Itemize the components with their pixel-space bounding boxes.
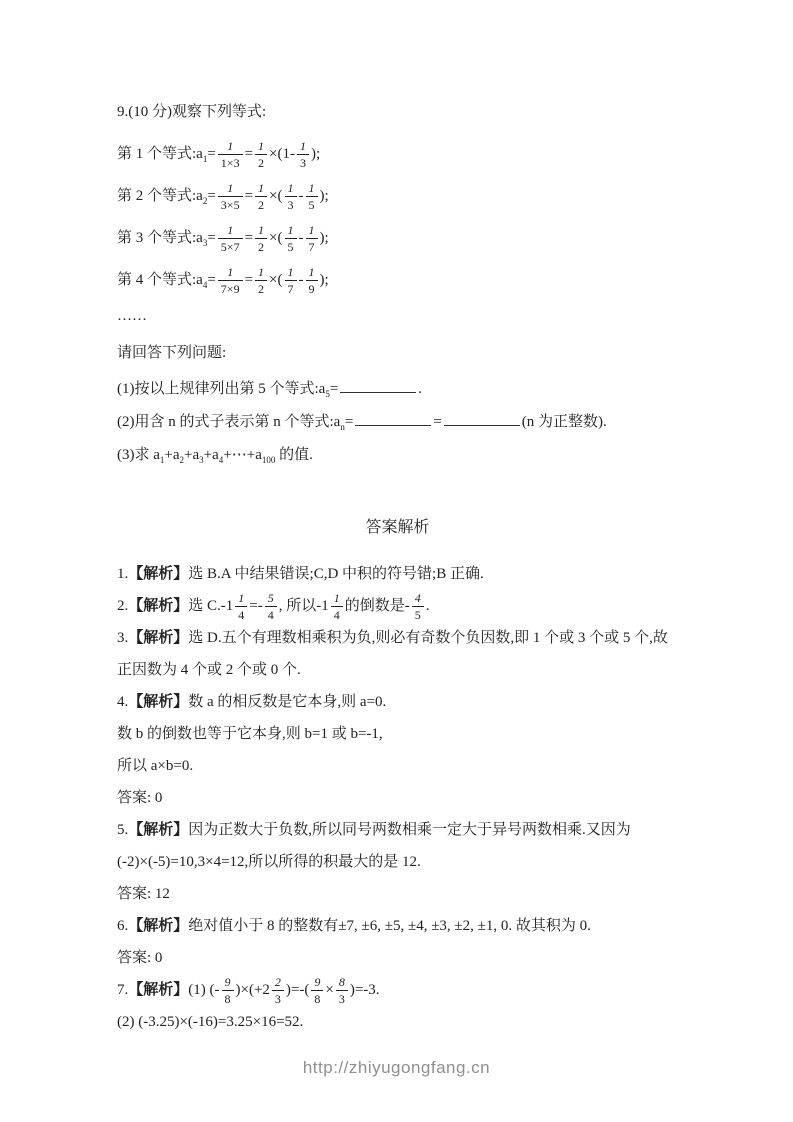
fraction-numerator: 1 (224, 223, 236, 238)
subquestion-line: (3)求 a1+a2+a3+a4+⋯+a100 的值. (117, 439, 678, 472)
fraction: 13 (285, 181, 297, 212)
question-title: 9.(10 分)观察下列等式: (117, 97, 678, 127)
answer-line: 答案: 0 (117, 942, 678, 974)
fraction: 12 (255, 181, 267, 212)
analysis-label: 【解析】 (128, 566, 188, 582)
fraction-denominator: 5×7 (218, 238, 243, 254)
fraction-denominator: 4 (235, 606, 247, 622)
fraction: 14 (235, 591, 247, 622)
fraction-numerator: 1 (224, 139, 236, 154)
fraction-numerator: 1 (306, 223, 318, 238)
fraction-denominator: 5 (306, 196, 318, 212)
answer-line: 5.【解析】因为正数大于负数,所以同号两数相乘一定大于异号两数相乘.又因为(-2… (117, 814, 678, 878)
answer-line: (2) (-3.25)×(-16)=3.25×16=52. (117, 1006, 678, 1038)
document-content: 9.(10 分)观察下列等式: 第 1 个等式:a1=11×3=12×(1-13… (117, 97, 678, 1038)
answer-line: 3.【解析】选 D.五个有理数相乘积为负,则必有奇数个负因数,即 1 个或 3 … (117, 622, 678, 686)
fraction: 12 (255, 265, 267, 296)
fraction-denominator: 2 (255, 154, 267, 170)
fraction-numerator: 1 (255, 265, 267, 280)
fraction-denominator: 9 (306, 280, 318, 296)
answer-blank (444, 412, 520, 426)
fraction-denominator: 8 (311, 990, 323, 1006)
answer-list: 1.【解析】选 B.A 中结果错误;C,D 中积的符号错;B 正确.2.【解析】… (117, 558, 678, 1038)
subscript: 2 (203, 196, 208, 206)
fraction: 54 (265, 591, 277, 622)
fraction: 17 (285, 265, 297, 296)
analysis-label: 【解析】 (128, 598, 188, 614)
answer-line: 7.【解析】(1) (-98)×(+223)=-(98×83)=-3. (117, 974, 678, 1006)
answer-line: 2.【解析】选 C.-114=-54, 所以-114的倒数是-45. (117, 590, 678, 622)
subquestion-list: (1)按以上规律列出第 5 个等式:a5=.(2)用含 n 的式子表示第 n 个… (117, 373, 678, 472)
fraction-denominator: 3 (297, 154, 309, 170)
analysis-label: 【解析】 (128, 694, 188, 710)
equation-line: 第 4 个等式:a4=17×9=12×(17-19); (117, 259, 678, 301)
fraction-numerator: 9 (222, 975, 234, 990)
answer-line: 数 b 的倒数也等于它本身,则 b=1 或 b=-1, (117, 718, 678, 750)
fraction-denominator: 4 (265, 606, 277, 622)
fraction-denominator: 2 (255, 280, 267, 296)
subscript: 1 (160, 455, 165, 465)
fraction-denominator: 2 (255, 196, 267, 212)
fraction-denominator: 5 (285, 238, 297, 254)
subscript: 3 (203, 238, 208, 248)
question-block: 9.(10 分)观察下列等式: 第 1 个等式:a1=11×3=12×(1-13… (117, 97, 678, 472)
fraction: 23 (272, 975, 284, 1006)
fraction: 15×7 (218, 223, 243, 254)
ellipsis-line: …… (117, 301, 678, 331)
fraction-numerator: 5 (265, 591, 277, 606)
fraction: 45 (412, 591, 424, 622)
fraction-denominator: 2 (255, 238, 267, 254)
subquestion-line: (1)按以上规律列出第 5 个等式:a5=. (117, 373, 678, 406)
fraction-numerator: 9 (311, 975, 323, 990)
subscript: 100 (262, 455, 276, 465)
fraction-numerator: 1 (224, 265, 236, 280)
equation-line: 第 1 个等式:a1=11×3=12×(1-13); (117, 133, 678, 175)
footer-url: http://zhiyugongfang.cn (303, 1058, 490, 1077)
analysis-label: 【解析】 (128, 822, 188, 838)
subscript: 3 (199, 455, 204, 465)
fraction-numerator: 1 (285, 181, 297, 196)
fraction-numerator: 1 (285, 265, 297, 280)
fraction-denominator: 3 (285, 196, 297, 212)
fraction: 17×9 (218, 265, 243, 296)
fraction: 98 (222, 975, 234, 1006)
fraction-denominator: 7 (306, 238, 318, 254)
fraction: 19 (306, 265, 318, 296)
fraction-denominator: 8 (222, 990, 234, 1006)
equation-line: 第 3 个等式:a3=15×7=12×(15-17); (117, 217, 678, 259)
question-prompt: 请回答下列问题: (117, 337, 678, 369)
fraction: 15 (306, 181, 318, 212)
fraction-numerator: 1 (331, 591, 343, 606)
analysis-label: 【解析】 (128, 918, 188, 934)
subscript: 4 (203, 280, 208, 290)
fraction-numerator: 2 (272, 975, 284, 990)
fraction-numerator: 1 (224, 181, 236, 196)
answer-line: 1.【解析】选 B.A 中结果错误;C,D 中积的符号错;B 正确. (117, 558, 678, 590)
analysis-label: 【解析】 (128, 982, 188, 998)
fraction-numerator: 4 (412, 591, 424, 606)
fraction: 15 (285, 223, 297, 254)
fraction-numerator: 1 (285, 223, 297, 238)
fraction-denominator: 5 (412, 606, 424, 622)
fraction-denominator: 3 (336, 990, 348, 1006)
answer-line: 6.【解析】绝对值小于 8 的整数有±7, ±6, ±5, ±4, ±3, ±2… (117, 910, 678, 942)
subscript: 4 (219, 455, 224, 465)
fraction: 83 (336, 975, 348, 1006)
answer-line: 答案: 12 (117, 878, 678, 910)
equation-list: 第 1 个等式:a1=11×3=12×(1-13);第 2 个等式:a2=13×… (117, 133, 678, 301)
answer-block: 答案解析 1.【解析】选 B.A 中结果错误;C,D 中积的符号错;B 正确.2… (117, 516, 678, 1038)
subscript: n (340, 422, 345, 432)
fraction: 14 (331, 591, 343, 622)
fraction: 11×3 (218, 139, 243, 170)
answer-blank (340, 379, 416, 393)
fraction-denominator: 4 (331, 606, 343, 622)
fraction-denominator: 1×3 (218, 154, 243, 170)
fraction-numerator: 1 (255, 181, 267, 196)
fraction-denominator: 3×5 (218, 196, 243, 212)
subquestion-line: (2)用含 n 的式子表示第 n 个等式:an==(n 为正整数). (117, 406, 678, 439)
answer-line: 所以 a×b=0. (117, 750, 678, 782)
fraction: 13 (297, 139, 309, 170)
equation-line: 第 2 个等式:a2=13×5=12×(13-15); (117, 175, 678, 217)
fraction-numerator: 1 (255, 223, 267, 238)
fraction-numerator: 1 (255, 139, 267, 154)
analysis-label: 【解析】 (128, 630, 188, 646)
fraction-denominator: 3 (272, 990, 284, 1006)
subscript: 2 (180, 455, 185, 465)
fraction: 12 (255, 223, 267, 254)
fraction-numerator: 8 (336, 975, 348, 990)
fraction-numerator: 1 (297, 139, 309, 154)
fraction: 12 (255, 139, 267, 170)
footer-watermark: http://zhiyugongfang.cn (0, 1058, 793, 1078)
answer-blank (355, 412, 431, 426)
fraction-denominator: 7×9 (218, 280, 243, 296)
fraction-denominator: 7 (285, 280, 297, 296)
subscript: 1 (203, 154, 208, 164)
fraction-numerator: 1 (306, 181, 318, 196)
answer-line: 答案: 0 (117, 782, 678, 814)
fraction: 17 (306, 223, 318, 254)
subscript: 5 (325, 389, 330, 399)
answer-section-title: 答案解析 (117, 516, 678, 540)
fraction-numerator: 1 (306, 265, 318, 280)
document-page: 9.(10 分)观察下列等式: 第 1 个等式:a1=11×3=12×(1-13… (0, 0, 793, 1122)
answer-line: 4.【解析】数 a 的相反数是它本身,则 a=0. (117, 686, 678, 718)
fraction-numerator: 1 (235, 591, 247, 606)
fraction: 98 (311, 975, 323, 1006)
fraction: 13×5 (218, 181, 243, 212)
